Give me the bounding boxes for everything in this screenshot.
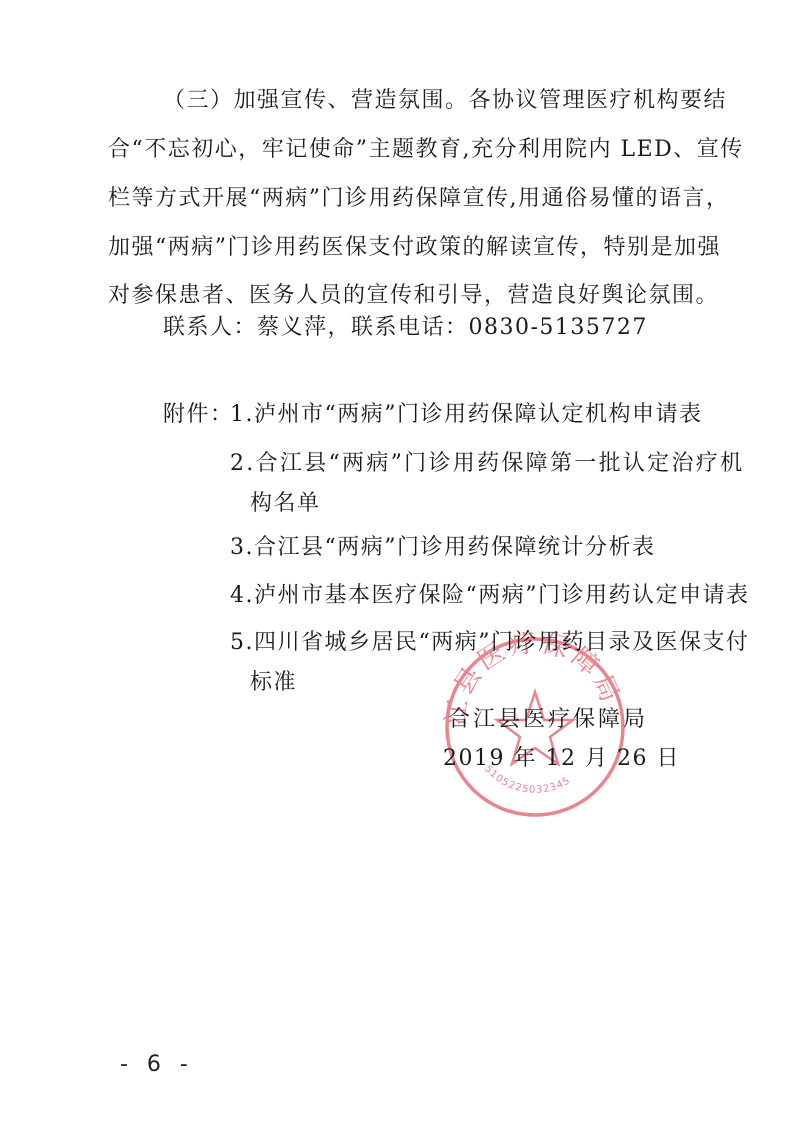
attachment-item-2: 2.合江县“两病”门诊用药保障第一批认定治疗机 bbox=[230, 449, 744, 479]
attachment-item-2-continuation: 构名单 bbox=[250, 489, 321, 519]
paragraph-line: 栏等方式开展“两病”门诊用药保障宣传,用通俗易懂的语言， bbox=[108, 184, 730, 214]
attachment-item-5: 5.四川省城乡居民“两病”门诊用药目录及医保支付 bbox=[230, 628, 750, 658]
paragraph-line: 对参保患者、医务人员的宣传和引导，营造良好舆论氛围。 bbox=[108, 281, 719, 311]
attachments-label: 附件： bbox=[163, 400, 234, 430]
paragraph-line: （三）加强宣传、营造氛围。各协议管理医疗机构要结 bbox=[163, 86, 727, 116]
document-page: 江县医疗保障局 5105225032345 （三）加强宣传、营造氛围。各协议管理… bbox=[0, 0, 800, 1131]
attachment-item-4: 4.泸州市基本医疗保险“两病”门诊用药认定申请表 bbox=[230, 581, 750, 611]
paragraph-line: 合“不忘初心，牢记使命”主题教育,充分利用院内 LED、宣传 bbox=[108, 135, 744, 165]
attachment-item-1: 1.泸州市“两病”门诊用药保障认定机构申请表 bbox=[230, 400, 703, 430]
attachment-item-5-continuation: 标准 bbox=[250, 668, 297, 698]
contact-info: 联系人：蔡义萍，联系电话：0830-5135727 bbox=[163, 313, 648, 343]
signature-date: 2019 年 12 月 26 日 bbox=[443, 744, 680, 774]
attachment-item-3: 3.合江县“两病”门诊用药保障统计分析表 bbox=[230, 533, 656, 563]
signature-organization: 合江县医疗保障局 bbox=[448, 705, 648, 735]
page-number: - 6 - bbox=[120, 1052, 194, 1077]
paragraph-line: 加强“两病”门诊用药医保支付政策的解读宣传，特别是加强 bbox=[108, 233, 721, 263]
